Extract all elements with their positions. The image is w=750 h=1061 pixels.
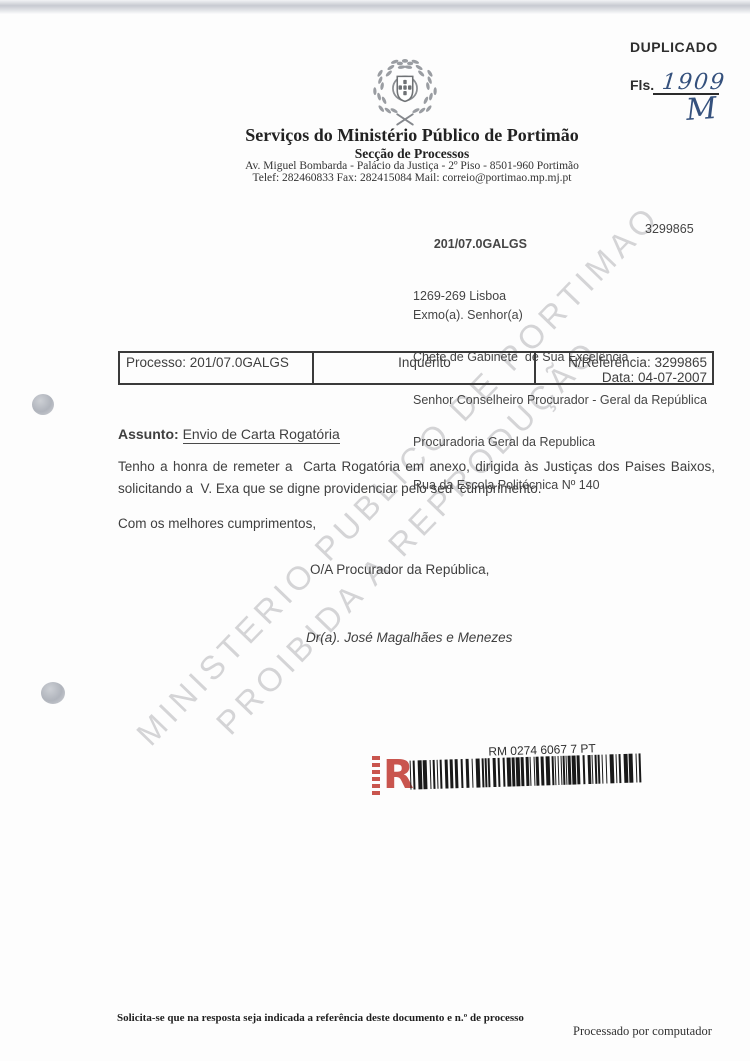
hole-punch-top (32, 394, 54, 415)
barcode-bars (410, 753, 644, 789)
org-name: Serviços do Ministério Público de Portim… (132, 125, 692, 146)
hole-punch-bottom (41, 682, 65, 704)
signature-name: Dr(a). José Magalhães e Menezes (306, 630, 512, 645)
table-cell-processo: Processo: 201/07.0GALGS (120, 353, 314, 383)
org-contacts: Telef: 282460833 Fax: 282415084 Mail: co… (132, 172, 692, 184)
scanned-letter-page: MINISTERIO PUBLICO DE PORTIMAO PROIBIDA … (0, 0, 750, 1061)
processed-by-computer: Processado por computador (573, 1024, 712, 1039)
recipient-line: Procuradoria Geral da Republica (413, 435, 713, 449)
signature-title: O/A Procurador da República, (310, 562, 489, 577)
body-paragraph: Tenho a honra de remeter a Carta Rogatór… (118, 456, 715, 500)
scan-edge-band (0, 0, 750, 14)
subject-text: Envio de Carta Rogatória (183, 426, 340, 444)
org-address: Av. Miguel Bombarda - Palácio da Justiça… (132, 160, 692, 172)
footer-note: Solicita-se que na resposta seja indicad… (117, 1012, 524, 1024)
portugal-crest-icon (366, 54, 444, 133)
table-cell-tipo: Inquérito (314, 353, 536, 383)
process-reference: 201/07.0GALGS (434, 237, 527, 251)
duplicado-stamp: DUPLICADO (630, 39, 718, 55)
recipient-line: Exmo(a). Senhor(a) (413, 308, 713, 322)
reference-date: Data: 04-07-2007 (542, 370, 707, 385)
reference-table: Processo: 201/07.0GALGS Inquérito N/Refe… (118, 351, 714, 385)
logo-dashes (372, 756, 380, 795)
closing-line: Com os melhores cumprimentos, (118, 516, 316, 531)
subject-label: Assunto: (118, 426, 179, 442)
fls-handwritten-value: 1909 (661, 70, 728, 95)
recipient-line: Senhor Conselheiro Procurador - Geral da… (413, 393, 713, 407)
reference-number: N/Referência: 3299865 (542, 355, 707, 370)
handwritten-initials: M (685, 91, 718, 128)
subject-line: Assunto: Envio de Carta Rogatória (118, 426, 340, 442)
document-number: 3299865 (645, 222, 694, 236)
table-cell-referencia: N/Referência: 3299865 Data: 04-07-2007 (536, 353, 712, 383)
recipient-postal-code: 1269-269 Lisboa (413, 289, 506, 303)
registered-mail-logo-icon: R (372, 756, 414, 795)
fls-label: Fls. (630, 77, 654, 93)
